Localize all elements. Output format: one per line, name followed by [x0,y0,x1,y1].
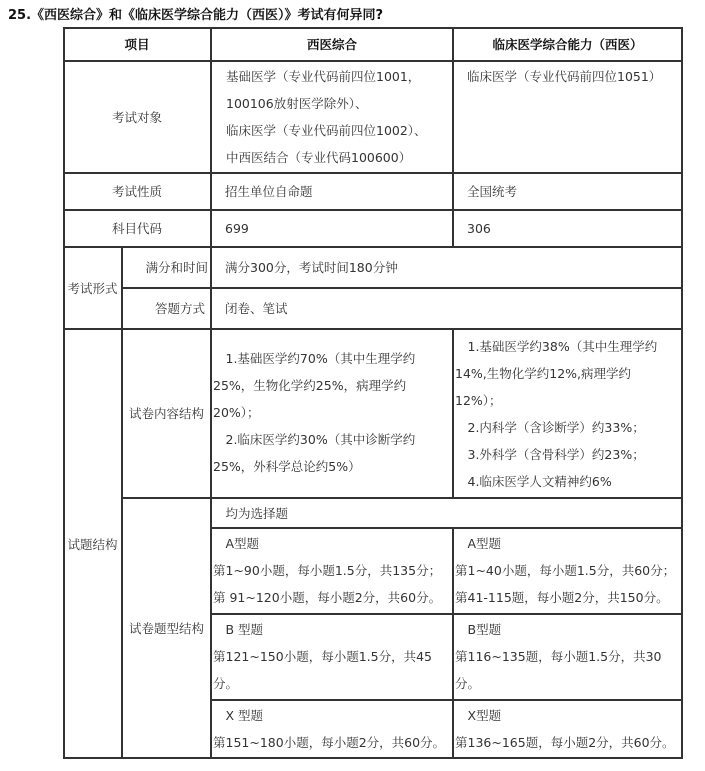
text-line: B 型题 [213,616,453,643]
text-line: 基础医学（专业代码前四位1001， [226,63,451,90]
divider [681,27,683,759]
text-line: 临床医学（专业代码前四位1002）、 [226,117,451,144]
text-line: 第151~180小题，每小题2分，共60分。 [213,729,453,756]
divider [122,497,683,499]
content-structure-linchuang: 1.基础医学约38%（其中生理学约 14%,生物化学约12%,病理学约 12%）… [453,329,682,498]
answer-method-value: 闭卷、笔试 [211,288,682,329]
row-label-exam-nature: 考试性质 [63,173,211,210]
text-line: 临床医学（专业代码前四位1051） [467,63,681,90]
row-label-question-structure: 试题结构 [63,329,122,758]
divider [63,172,683,174]
text-line: 中西医结合（专业代码100600） [226,144,451,171]
subject-code-linchuang: 306 [453,210,682,247]
text-line: 100106放射医学除外）、 [226,90,451,117]
text-line: 2.内科学（含诊断学）约33%； [455,414,682,441]
sub-label-answer-method: 答题方式 [122,288,211,329]
text-line: 第1~40小题，每小题1.5分，共60分； [455,557,682,584]
divider [210,27,212,759]
divider [63,209,683,211]
divider [63,246,683,248]
text-line: X 型题 [213,702,453,729]
text-line: 第 91~120小题，每小题2分，共60分。 [213,584,453,611]
divider [211,699,683,701]
divider [63,757,683,759]
text-line: 3.外科学（含骨科学）约23%； [455,441,682,468]
exam-nature-linchuang: 全国统考 [453,173,682,210]
sub-label-score-time: 满分和时间 [122,247,211,288]
text-line: 12%）； [455,387,682,414]
text-line: 20%）； [213,399,453,426]
divider [452,328,454,499]
text-line: 25%，外科学总论约5%） [213,453,453,480]
text-line: B型题 [455,616,682,643]
divider [63,328,683,330]
divider [211,527,683,529]
divider [63,27,683,29]
divider [121,246,123,759]
text-line: X型题 [455,702,682,729]
exam-target-linchuang: 临床医学（专业代码前四位1051） [467,63,681,173]
row-label-exam-form: 考试形式 [63,247,122,329]
divider [452,27,454,248]
text-line: 4.临床医学人文精神约6% [455,468,682,495]
text-line: 2.临床医学约30%（其中诊断学约 [213,426,453,453]
text-line: 第116~135题，每小题1.5分，共30 [455,643,682,670]
text-line: 14%,生物化学约12%,病理学约 [455,360,682,387]
row-label-subject-code: 科目代码 [63,210,211,247]
b-type-xiyi: B 型题 第121~150小题，每小题1.5分，共45 分。 [211,614,453,700]
divider [122,287,683,289]
question-title: 25.《西医综合》和《临床医学综合能力（西医）》考试有何异同? [8,4,383,23]
sub-label-type-structure: 试卷题型结构 [122,498,211,758]
text-line: 1.基础医学约38%（其中生理学约 [455,333,682,360]
text-line: 第1~90小题，每小题1.5分，共135分； [213,557,453,584]
text-line: 第121~150小题，每小题1.5分，共45 [213,643,453,670]
exam-nature-xiyi: 招生单位自命题 [211,173,453,210]
divider [211,613,683,615]
text-line: 第41-115题，每小题2分，共150分。 [455,584,682,611]
divider [63,27,65,759]
text-line: 1.基础医学约70%（其中生理学约 [213,345,453,372]
b-type-linchuang: B型题 第116~135题，每小题1.5分，共30 分。 [453,614,682,700]
row-label-exam-target: 考试对象 [63,61,211,173]
divider [452,527,454,759]
divider [63,60,683,62]
content-structure-xiyi: 1.基础医学约70%（其中生理学约 25%，生物化学约25%，病理学约 20%）… [211,329,453,498]
all-choice-note: 均为选择题 [211,498,682,528]
a-type-linchuang: A型题 第1~40小题，每小题1.5分，共60分； 第41-115题，每小题2分… [453,528,682,614]
header-item: 项目 [63,27,211,61]
x-type-linchuang: X型题 第136~165题，每小题2分，共60分。 [453,700,682,758]
sub-label-content-structure: 试卷内容结构 [122,329,211,498]
x-type-xiyi: X 型题 第151~180小题，每小题2分，共60分。 [211,700,453,758]
header-xiyi: 西医综合 [211,27,453,61]
subject-code-xiyi: 699 [211,210,453,247]
text-line: 分。 [455,670,682,697]
text-line: A型题 [455,530,682,557]
text-line: 分。 [213,670,453,697]
text-line: 第136~165题，每小题2分，共60分。 [455,729,682,756]
text-line: A型题 [213,530,453,557]
score-time-value: 满分300分，考试时间180分钟 [211,247,682,288]
text-line: 25%，生物化学约25%，病理学约 [213,372,453,399]
a-type-xiyi: A型题 第1~90小题，每小题1.5分，共135分； 第 91~120小题，每小… [211,528,453,614]
exam-target-xiyi: 基础医学（专业代码前四位1001， 100106放射医学除外）、 临床医学（专业… [226,63,451,173]
header-linchuang: 临床医学综合能力（西医） [453,27,682,61]
